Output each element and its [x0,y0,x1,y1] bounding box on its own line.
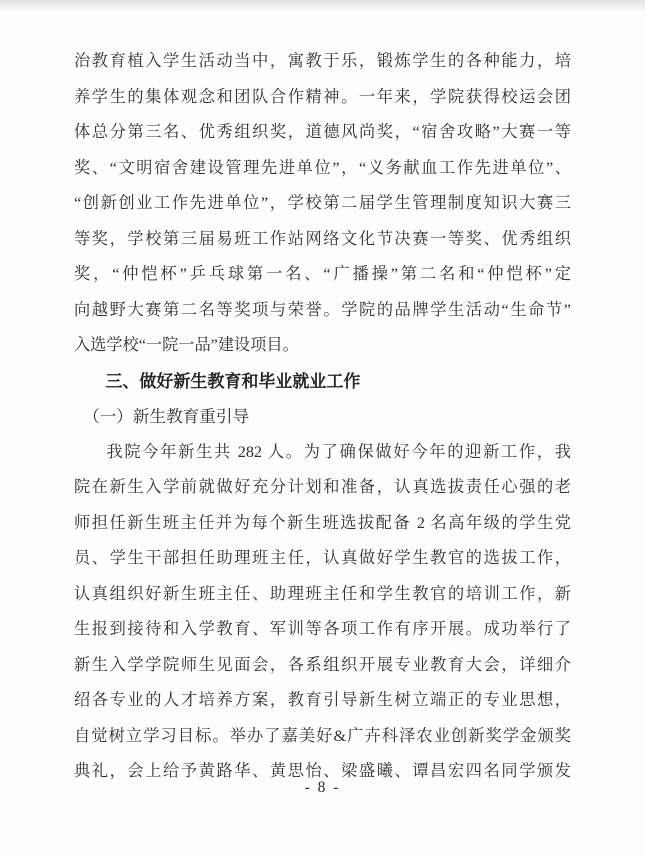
body-line: 认真组织好新生班主任、助理班主任和学生教官的培训工作，新 [74,577,571,613]
scan-edge-artifact [0,0,645,12]
body-line: “创新创业工作先进单位”，学校第二届学生管理制度知识大赛三 [74,186,571,222]
body-line: 自觉树立学习目标。举办了嘉美好&广卉科泽农业创新奖学金颁奖 [74,719,571,755]
body-line: 向越野大赛第二名等奖项与荣誉。学院的品牌学生活动“生命节” [74,293,571,329]
subsection-heading: （一）新生教育重引导 [74,399,571,435]
body-line: 入选学校“一院一品”建设项目。 [74,328,571,364]
body-line: 新生入学学院师生见面会，各系组织开展专业教育大会，详细介 [74,648,571,684]
body-line: 院在新生入学前就做好充分计划和准备，认真选拔责任心强的老 [74,470,571,506]
body-line: 绍各专业的人才培养方案，教育引导新生树立端正的专业思想， [74,683,571,719]
body-line: 养学生的集体观念和团队合作精神。一年来，学院获得校运会团 [74,80,571,116]
document-page: 治教育植入学生活动当中，寓教于乐，锻炼学生的各种能力，培 养学生的集体观念和团队… [0,0,645,857]
body-line: 奖、“文明宿舍建设管理先进单位”，“义务献血工作先进单位”、 [74,151,571,187]
section-heading: 三、做好新生教育和毕业就业工作 [74,364,571,400]
body-line: 员、学生干部担任助理班主任，认真做好学生教官的选拔工作， [74,541,571,577]
body-line: 我院今年新生共 282 人。为了确保做好今年的迎新工作，我 [74,435,571,471]
document-content: 治教育植入学生活动当中，寓教于乐，锻炼学生的各种能力，培 养学生的集体观念和团队… [74,44,571,790]
body-line: 治教育植入学生活动当中，寓教于乐，锻炼学生的各种能力，培 [74,44,571,80]
body-line: 生报到接待和入学教育、军训等各项工作有序开展。成功举行了 [74,612,571,648]
body-line: 师担任新生班主任并为每个新生班选拔配备 2 名高年级的学生党 [74,506,571,542]
body-line: 奖，“仲恺杯”乒乓球第一名、“广播操”第二名和“仲恺杯”定 [74,257,571,293]
body-line: 体总分第三名、优秀组织奖，道德风尚奖，“宿舍攻略”大赛一等 [74,115,571,151]
body-line: 等奖，学校第三届易班工作站网络文化节决赛一等奖、优秀组织 [74,222,571,258]
page-number: - 8 - [0,779,645,797]
